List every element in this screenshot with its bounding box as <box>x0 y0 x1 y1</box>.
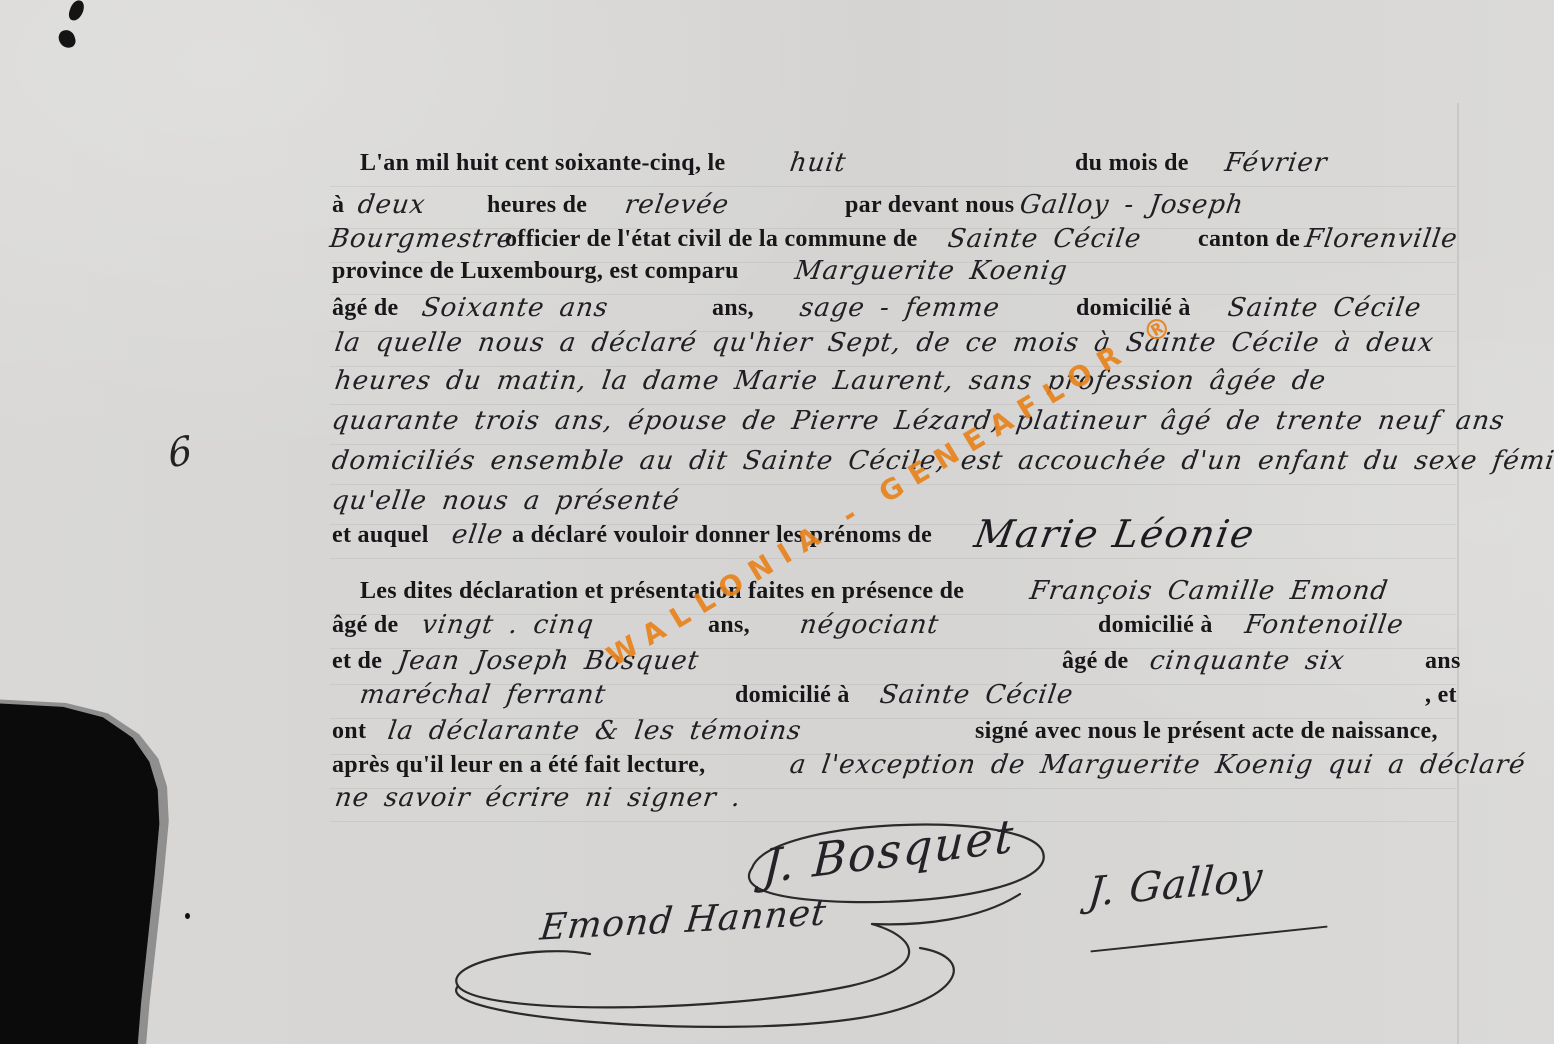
printed-form-text: domicilié à <box>735 682 850 709</box>
printed-form-text: province de Luxembourg, est comparu <box>332 258 739 285</box>
printed-form-text: et de <box>332 648 382 675</box>
handwritten-entry: Sainte Cécile <box>1226 293 1424 323</box>
handwritten-entry: négociant <box>798 610 941 640</box>
handwritten-entry: Marie Léonie <box>971 512 1259 556</box>
printed-form-text: ans, <box>708 612 750 639</box>
handwritten-entry: la déclarante & les témoins <box>386 716 804 746</box>
handwritten-entry: qu'elle nous a présenté <box>330 486 682 516</box>
handwritten-entry: Sainte Cécile <box>946 224 1144 254</box>
printed-form-text: ans, <box>712 295 754 322</box>
printed-form-text: et auquel <box>332 522 429 549</box>
printed-form-text: âgé de <box>332 612 398 639</box>
form-ruling-line <box>330 404 1456 405</box>
handwritten-entry: Bourgmestre <box>328 224 515 254</box>
handwritten-entry: Galloy - Joseph <box>1018 190 1246 220</box>
printed-form-text: officier de l'état civil de la commune d… <box>505 226 917 253</box>
printed-form-text: , et <box>1425 682 1457 709</box>
printed-form-text: a déclaré vouloir donner les prénoms de <box>512 522 932 549</box>
page-fold-line <box>1457 103 1459 1044</box>
printed-form-text: heures de <box>487 192 587 219</box>
handwritten-entry: huit <box>788 148 848 178</box>
handwritten-entry: sage - femme <box>798 293 1002 323</box>
handwritten-entry: maréchal ferrant <box>358 680 608 710</box>
printed-form-text: après qu'il leur en a été fait lecture, <box>332 752 705 779</box>
handwritten-entry: a l'exception de Marguerite Koenig qui a… <box>788 750 1528 780</box>
handwritten-entry: Fontenoille <box>1243 610 1406 640</box>
printed-form-text: signé avec nous le présent acte de naiss… <box>975 718 1438 745</box>
handwritten-entry: deux <box>356 190 428 220</box>
printed-form-text: domicilié à <box>1098 612 1213 639</box>
printed-form-text: ans <box>1425 648 1461 675</box>
printed-form-text: âgé de <box>1062 648 1128 675</box>
handwritten-entry: elle <box>450 520 506 550</box>
handwritten-entry: relevée <box>623 190 731 220</box>
printed-form-text: canton de <box>1198 226 1300 253</box>
printed-form-text: L'an mil huit cent soixante-cinq, le <box>360 150 725 177</box>
handwritten-entry: Soixante ans <box>420 293 611 323</box>
ink-speck <box>185 913 190 919</box>
form-ruling-line <box>330 558 1456 559</box>
scanned-birth-record-page: { "page": { "paper_color": "#d8d7d5", "i… <box>0 0 1554 1044</box>
handwritten-entry: Février <box>1223 148 1329 178</box>
handwritten-entry: François Camille Emond <box>1028 576 1390 606</box>
printed-form-text: à <box>332 192 344 219</box>
scan-black-corner <box>0 700 166 1044</box>
printed-form-text: Les dites déclaration et présentation fa… <box>360 578 964 605</box>
printed-form-text: ont <box>332 718 366 745</box>
printed-form-text: par devant nous <box>845 192 1014 219</box>
handwritten-entry: vingt . cinq <box>420 610 596 640</box>
handwritten-entry: Florenville <box>1303 224 1460 254</box>
handwritten-entry: Marguerite Koenig <box>793 256 1070 286</box>
handwritten-entry: cinquante six <box>1148 646 1347 676</box>
printed-form-text: âgé de <box>332 295 398 322</box>
printed-form-text: du mois de <box>1075 150 1189 177</box>
form-ruling-line <box>330 444 1456 445</box>
form-ruling-line <box>330 186 1456 187</box>
handwritten-entry: heures du matin, la dame Marie Laurent, … <box>333 366 1328 396</box>
margin-act-number: 6 <box>166 427 194 477</box>
handwritten-entry: la quelle nous a déclaré qu'hier Sept, d… <box>333 328 1436 358</box>
handwritten-entry: Sainte Cécile <box>878 680 1076 710</box>
handwritten-entry: quarante trois ans, épouse de Pierre Léz… <box>330 406 1507 436</box>
